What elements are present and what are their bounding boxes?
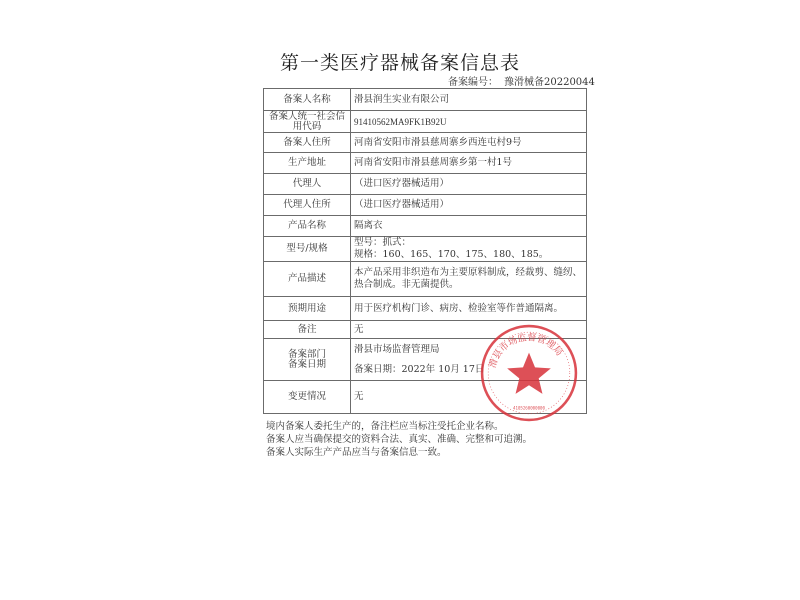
row-label: 备案人名称	[264, 89, 351, 111]
row-label: 备案人住所	[264, 133, 351, 153]
table-row: 预期用途 用于医疗机构门诊、病房、检验室等作普通隔离。	[264, 297, 587, 321]
row-value: 河南省安阳市滑县慈周寨乡西连屯村9号	[351, 133, 587, 153]
row-value: 滑县市场监督管理局 备案日期：2022年 10月 17日	[351, 339, 587, 381]
row-label: 产品描述	[264, 262, 351, 297]
table-row: 型号/规格 型号：抓式： 规格：160、165、170、175、180、185。	[264, 237, 587, 262]
record-date: 备案日期：2022年 10月 17日	[354, 364, 484, 375]
table-row: 变更情况 无	[264, 381, 587, 414]
table-row: 备案人名称 滑县润生实业有限公司	[264, 89, 587, 111]
record-number-label: 备案编号：	[448, 77, 498, 88]
table-row: 备案人住所 河南省安阳市滑县慈周寨乡西连屯村9号	[264, 133, 587, 153]
row-label: 代理人	[264, 174, 351, 195]
row-value: 河南省安阳市滑县慈周寨乡第一村1号	[351, 153, 587, 174]
row-value: 型号：抓式： 规格：160、165、170、175、180、185。	[351, 237, 587, 262]
row-label: 备案部门 备案日期	[264, 339, 351, 381]
row-value: 用于医疗机构门诊、病房、检验室等作普通隔离。	[351, 297, 587, 321]
document-title: 第一类医疗器械备案信息表	[0, 48, 800, 75]
row-value: （进口医疗器械适用）	[351, 174, 587, 195]
table-row: 备注 无	[264, 321, 587, 339]
date-label: 备案日期	[267, 360, 347, 370]
spec-line: 规格：160、165、170、175、180、185。	[354, 249, 583, 261]
row-value: 隔离衣	[351, 216, 587, 237]
row-label: 变更情况	[264, 381, 351, 414]
model-line: 型号：抓式：	[354, 237, 583, 249]
table-row: 产品描述 本产品采用非织造布为主要原料制成，经裁剪、缝纫、热合制成。非无菌提供。	[264, 262, 587, 297]
record-info-table: 备案人名称 滑县润生实业有限公司 备案人统一社会信用代码 91410562MA9…	[263, 88, 587, 414]
note: 备案人应当确保提交的资料合法、真实、准确、完整和可追溯。	[266, 433, 532, 446]
record-department: 滑县市场监督管理局	[354, 344, 583, 356]
dept-label: 备案部门	[267, 350, 347, 360]
record-number: 备案编号：豫滑械备20220044	[448, 73, 595, 88]
row-label: 预期用途	[264, 297, 351, 321]
row-label: 备注	[264, 321, 351, 339]
footnotes: 境内备案人委托生产的，备注栏应当标注受托企业名称。 备案人应当确保提交的资料合法…	[266, 420, 532, 459]
row-label: 产品名称	[264, 216, 351, 237]
table-row: 备案人统一社会信用代码 91410562MA9FK1B92U	[264, 111, 587, 133]
row-label: 型号/规格	[264, 237, 351, 262]
row-label: 代理人住所	[264, 195, 351, 216]
row-value: 91410562MA9FK1B92U	[351, 111, 587, 133]
row-value: 本产品采用非织造布为主要原料制成，经裁剪、缝纫、热合制成。非无菌提供。	[351, 262, 587, 297]
table-row: 代理人住所 （进口医疗器械适用）	[264, 195, 587, 216]
note: 境内备案人委托生产的，备注栏应当标注受托企业名称。	[266, 420, 532, 433]
row-value: 无	[351, 381, 587, 414]
record-number-value: 豫滑械备20220044	[504, 77, 595, 88]
row-label: 生产地址	[264, 153, 351, 174]
table-row: 产品名称 隔离衣	[264, 216, 587, 237]
row-value: 无	[351, 321, 587, 339]
row-value: （进口医疗器械适用）	[351, 195, 587, 216]
table-row: 备案部门 备案日期 滑县市场监督管理局 备案日期：2022年 10月 17日	[264, 339, 587, 381]
row-label: 备案人统一社会信用代码	[264, 111, 351, 133]
table-row: 代理人 （进口医疗器械适用）	[264, 174, 587, 195]
note: 备案人实际生产产品应当与备案信息一致。	[266, 446, 532, 459]
table-row: 生产地址 河南省安阳市滑县慈周寨乡第一村1号	[264, 153, 587, 174]
row-value: 滑县润生实业有限公司	[351, 89, 587, 111]
